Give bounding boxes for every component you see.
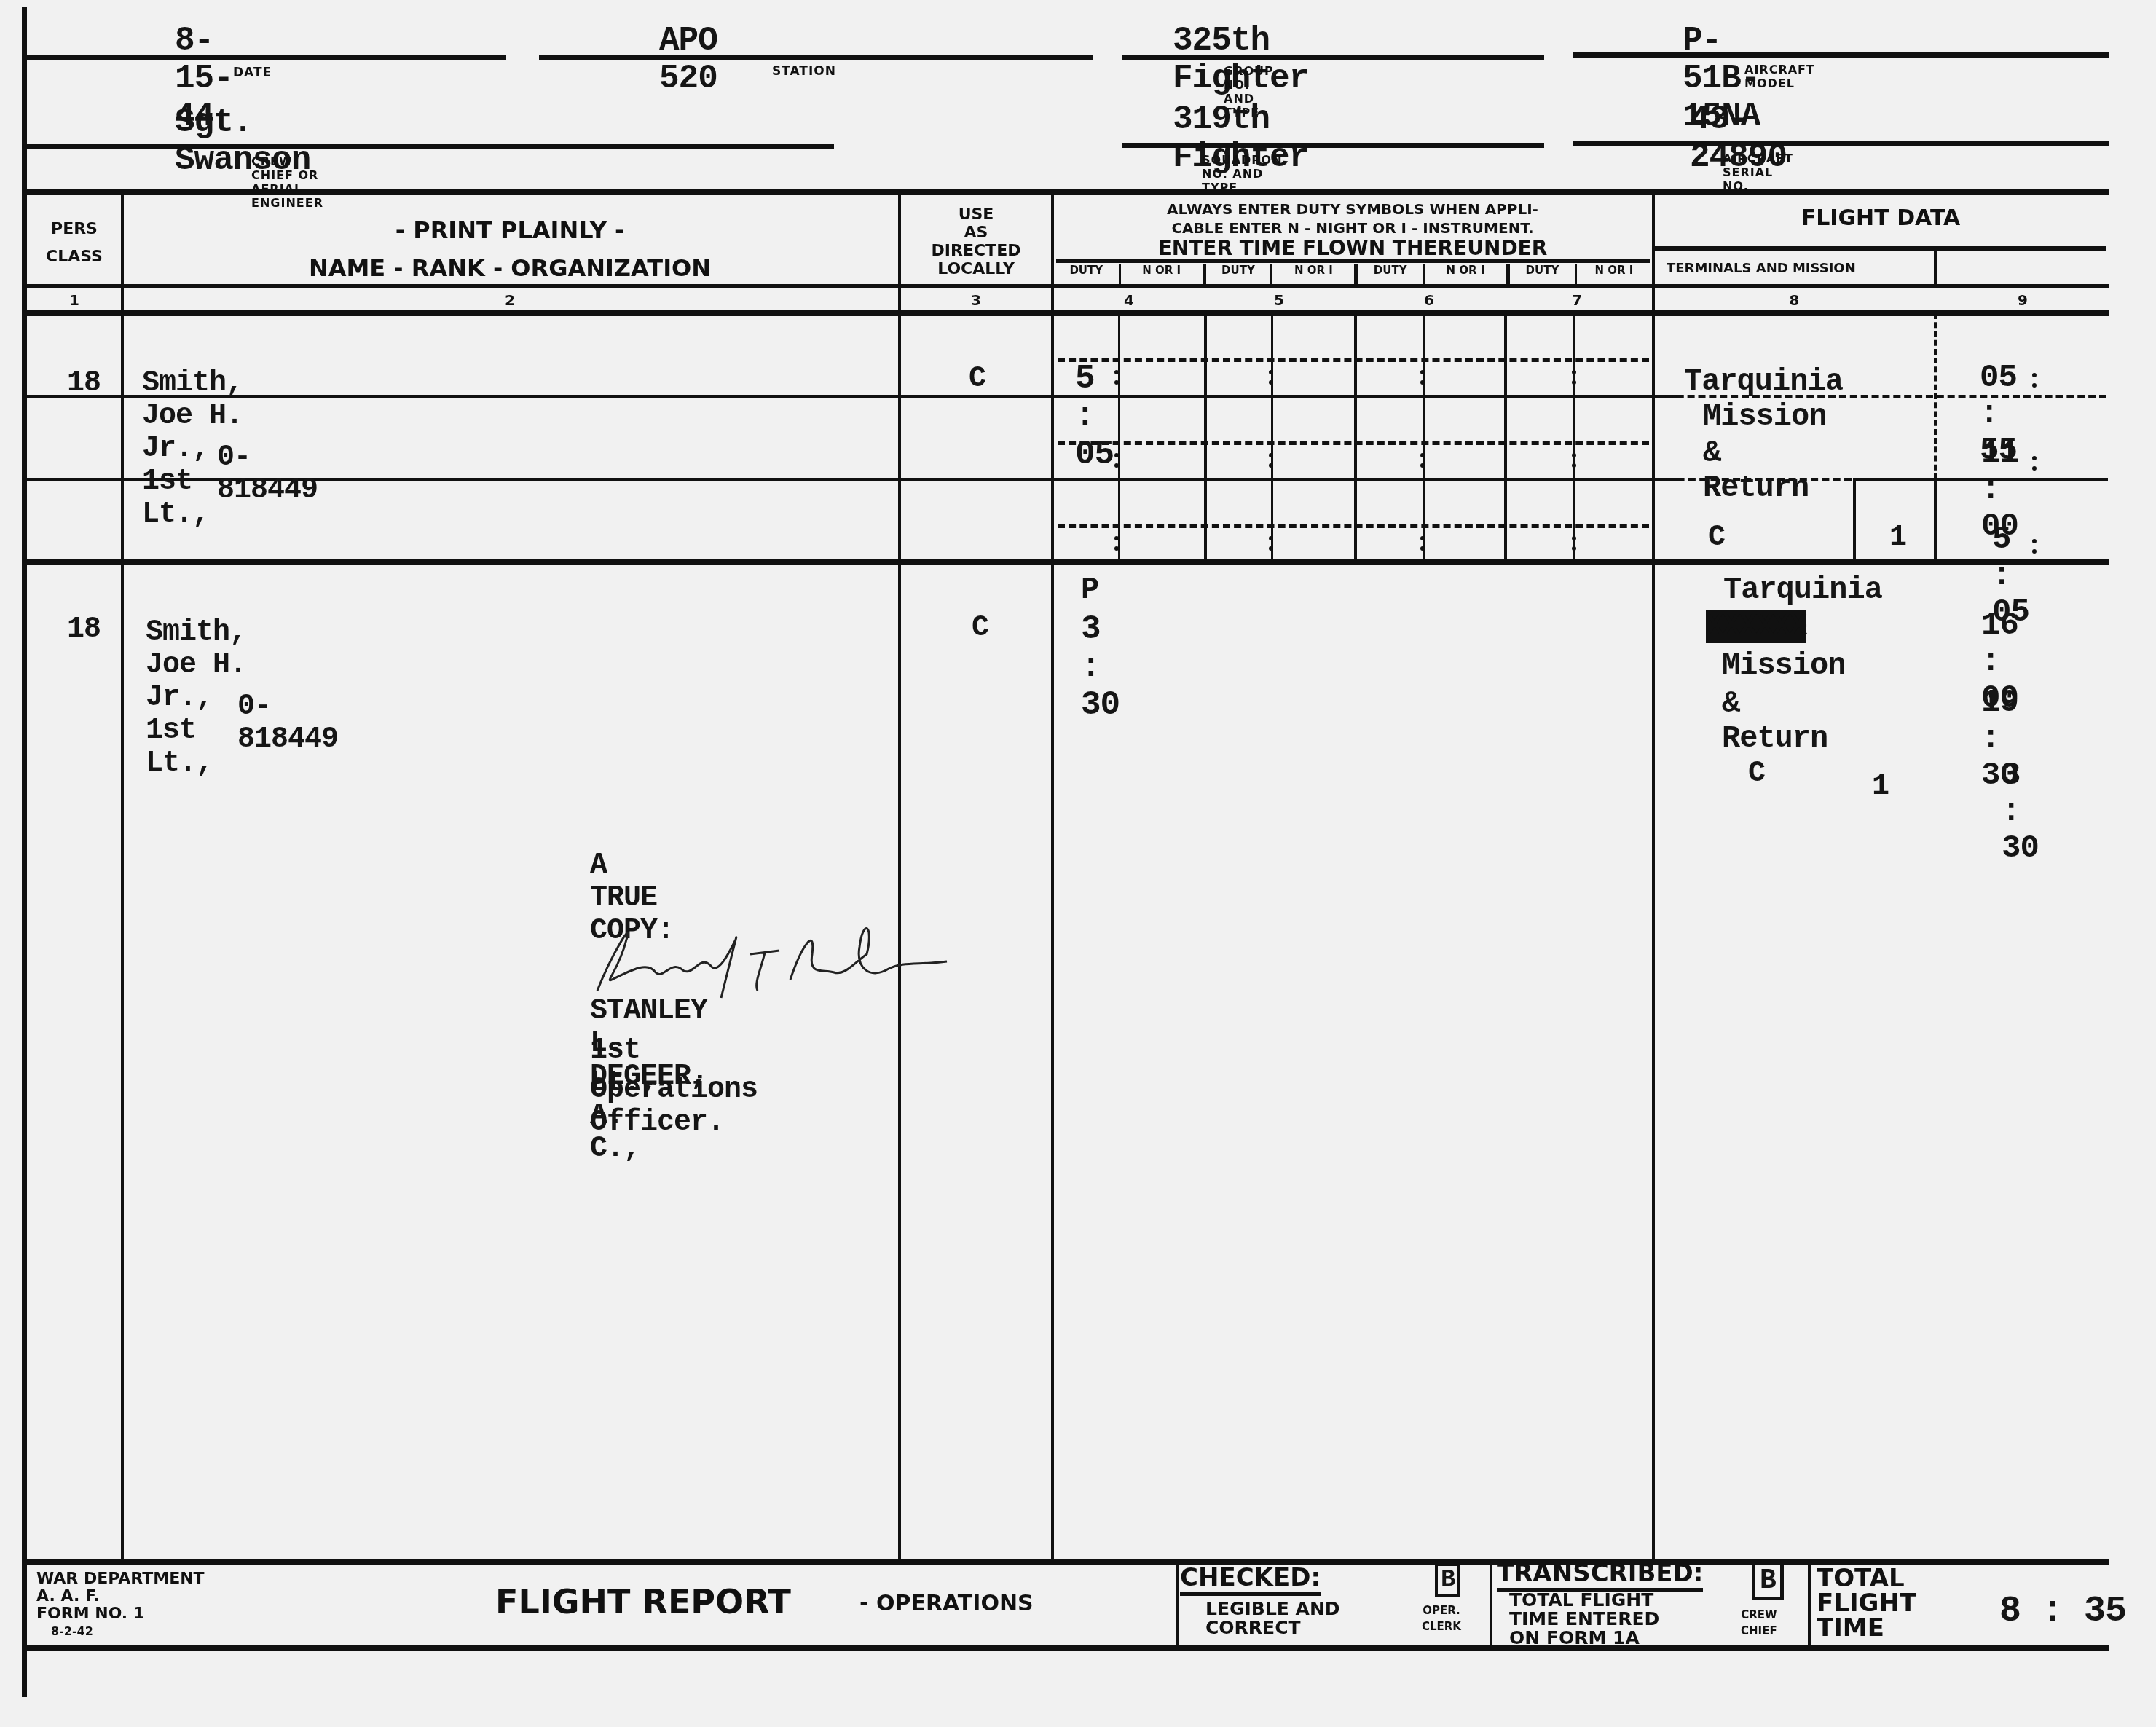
to-value-line2: & Return <box>1703 436 1809 505</box>
duty-instruction-2: CABLE ENTER N - NIGHT OR I - INSTRUMENT. <box>1054 219 1651 237</box>
col-num-8: 8 <box>1655 291 1934 309</box>
oper-label: OPER. <box>1422 1602 1461 1618</box>
checked-label: CHECKED: <box>1180 1563 1321 1596</box>
duty-divider <box>1504 313 1507 562</box>
form-title: FLIGHT REPORT <box>495 1582 791 1621</box>
transcribed-initial: B <box>1752 1562 1784 1600</box>
col-num-7: 7 <box>1504 291 1650 309</box>
flight-data-subline <box>1655 246 2106 251</box>
crew-chief-label: CREW CHIEF OR AERIAL ENGINEER <box>251 154 323 210</box>
serial-number-value: 0-818449 <box>217 441 318 507</box>
use-label: USE <box>901 205 1051 224</box>
flight-label: FLIGHT <box>1817 1591 1916 1616</box>
time-entered-label: TIME ENTERED <box>1509 1610 1659 1629</box>
left-margin-rule <box>22 7 27 1697</box>
station-label: STATION <box>772 64 836 79</box>
header-pers-class: PERS CLASS <box>29 216 119 271</box>
col-num-3: 3 <box>901 291 1051 309</box>
n-or-i-sub-3: N OR I <box>1425 264 1510 284</box>
mission-value: C <box>1708 522 1725 554</box>
total-flight-time-label: TOTAL FLIGHT TIME <box>1817 1566 1916 1640</box>
as-label: AS <box>901 224 1051 242</box>
colon-mark <box>2032 455 2037 472</box>
col-num-1: 1 <box>29 291 119 309</box>
total-left-divider <box>1808 1563 1811 1646</box>
footer-top-border <box>25 1559 2109 1565</box>
legible-and-label: LEGIBLE AND <box>1205 1600 1340 1618</box>
duty-instruction-1: ALWAYS ENTER DUTY SYMBOLS WHEN APPLI- <box>1054 200 1651 219</box>
duty-dashed-line <box>1058 524 1649 528</box>
form-number-label: FORM NO. 1 <box>36 1605 205 1623</box>
n-or-i-sub-2: N OR I <box>1272 264 1358 284</box>
legible-correct-label: LEGIBLE AND CORRECT <box>1205 1600 1340 1637</box>
crew-chief-line <box>25 144 834 149</box>
transcribed-left-divider <box>1490 1563 1492 1646</box>
landings-divider <box>1853 479 1856 562</box>
crew-label: CREW <box>1741 1607 1777 1623</box>
from-value: Tarquinia <box>1684 364 1843 399</box>
group-line <box>1122 55 1544 60</box>
duty-time-value: 3 : 30 <box>1081 610 1120 724</box>
duty-sub-3: DUTY <box>1358 264 1425 284</box>
duty-divider <box>1573 313 1575 562</box>
date-line <box>25 55 506 60</box>
time-label: TIME <box>1817 1616 1916 1640</box>
war-department-block: WAR DEPARTMENT A. A. F. FORM NO. 1 8-2-4… <box>36 1570 205 1640</box>
form-subtitle: - OPERATIONS <box>859 1591 1034 1616</box>
squadron-line <box>1122 143 1544 148</box>
chief-label: CHIEF <box>1741 1623 1777 1639</box>
time-column-divider <box>1934 479 1937 562</box>
class-label: CLASS <box>29 243 119 271</box>
duty-dashed-line <box>1058 358 1649 362</box>
duty-sub-1: DUTY <box>1054 264 1121 284</box>
total-label: TOTAL <box>1817 1566 1916 1591</box>
crew-chief-footer-label: CREW CHIEF <box>1741 1607 1777 1639</box>
duty-sub-2: DUTY <box>1206 264 1273 284</box>
aircraft-model-line <box>1573 52 2109 58</box>
struck-out-text: XXXXXX <box>1706 610 1806 643</box>
terminals-mission-label: TERMINALS AND MISSION <box>1667 261 1856 276</box>
col-num-2: 2 <box>124 291 896 309</box>
to-value-line1: Mission <box>1722 648 1845 683</box>
use-as-directed-value: C <box>969 363 985 396</box>
name-rank-value: Smith, Joe H. Jr., 1st Lt., <box>146 616 246 780</box>
correct-label: CORRECT <box>1205 1618 1340 1637</box>
number-row-border <box>25 310 2109 316</box>
pers-label: PERS <box>29 216 119 243</box>
date-label: DATE <box>233 66 272 80</box>
signature-icon <box>583 910 961 1005</box>
clerk-label: CLERK <box>1422 1618 1461 1634</box>
checked-initial: B <box>1435 1563 1460 1597</box>
duty-sub-4: DUTY <box>1510 264 1577 284</box>
pers-class-value: 18 <box>67 613 101 646</box>
transcribed-label: TRANSCRIBED: <box>1497 1559 1703 1592</box>
duty-divider <box>1271 313 1273 562</box>
landings-value: 1 <box>1872 771 1889 803</box>
aircraft-serial-line <box>1573 141 2109 146</box>
colon-mark <box>2032 371 2037 389</box>
group-border <box>25 559 2109 565</box>
header-name-rank-org: - PRINT PLAINLY - NAME - RANK - ORGANIZA… <box>124 211 896 287</box>
directed-label: DIRECTED <box>901 242 1051 260</box>
aaf-label: A. A. F. <box>36 1588 205 1605</box>
war-department-label: WAR DEPARTMENT <box>36 1570 205 1588</box>
mission-value: C <box>1748 758 1765 790</box>
officer-title: Operations Officer. <box>590 1074 758 1139</box>
from-value: Tarquinia <box>1723 573 1882 607</box>
n-or-i-sub-4: N OR I <box>1577 264 1651 284</box>
duty-symbol-value: P <box>1081 573 1098 607</box>
squadron-label: SQUADRON NO. AND TYPE <box>1202 153 1283 194</box>
col-num-5: 5 <box>1204 291 1354 309</box>
total-flight-label: TOTAL FLIGHT <box>1509 1591 1659 1610</box>
use-as-directed-value: C <box>972 612 988 645</box>
duty-divider <box>1423 313 1425 562</box>
duty-divider <box>1118 313 1120 562</box>
col-num-4: 4 <box>1054 291 1204 309</box>
table-top-border <box>25 189 2109 195</box>
locally-label: LOCALLY <box>901 260 1051 278</box>
duty-subheader-line <box>1056 259 1650 263</box>
to-value-line2: & Return <box>1722 686 1828 756</box>
name-rank-org-label: NAME - RANK - ORGANIZATION <box>124 249 896 287</box>
station-line <box>539 55 1093 60</box>
landings-value: 1 <box>1889 522 1906 554</box>
mission-time-value: 3 : 30 <box>2002 758 2039 867</box>
subrow-border <box>25 395 1679 398</box>
print-plainly-label: - PRINT PLAINLY - <box>124 211 896 249</box>
form-date-label: 8-2-42 <box>36 1623 205 1640</box>
duty-dashed-line <box>1058 441 1649 445</box>
n-or-i-sub-1: N OR I <box>1121 264 1206 284</box>
pers-class-value: 18 <box>67 367 101 400</box>
duty-divider <box>1204 313 1207 562</box>
mission-line <box>1853 478 2108 481</box>
aircraft-model-label: AIRCRAFT MODEL <box>1744 63 1815 90</box>
flight-data-subdivider <box>1934 248 1937 286</box>
header-duty-instructions: ALWAYS ENTER DUTY SYMBOLS WHEN APPLI- CA… <box>1054 200 1651 259</box>
duty-time-value: 5 : 05 <box>1075 360 1114 473</box>
flight-data-title: FLIGHT DATA <box>1655 205 2106 231</box>
to-value-line1: Mission <box>1703 399 1826 434</box>
duty-divider <box>1354 313 1357 562</box>
col-num-6: 6 <box>1354 291 1504 309</box>
col-num-9: 9 <box>1937 291 2109 309</box>
on-form-1a-label: ON FORM 1A <box>1509 1629 1659 1648</box>
total-flight-time-entered-label: TOTAL FLIGHT TIME ENTERED ON FORM 1A <box>1509 1591 1659 1648</box>
header-use-as-directed: USE AS DIRECTED LOCALLY <box>901 205 1051 278</box>
duty-subheaders: DUTY N OR I DUTY N OR I DUTY N OR I DUTY… <box>1054 264 1651 284</box>
aircraft-serial-label: AIRCRAFT SERIAL NO. <box>1723 152 1793 193</box>
footer-bottom-border <box>25 1645 2109 1651</box>
total-flight-time-value: 8 : 35 <box>1999 1591 2126 1632</box>
oper-clerk-label: OPER. CLERK <box>1422 1602 1461 1634</box>
duty-instruction-3: ENTER TIME FLOWN THEREUNDER <box>1054 237 1651 259</box>
checked-left-divider <box>1176 1563 1179 1646</box>
serial-number-value: 0-818449 <box>237 691 338 756</box>
colon-mark <box>2032 538 2037 555</box>
